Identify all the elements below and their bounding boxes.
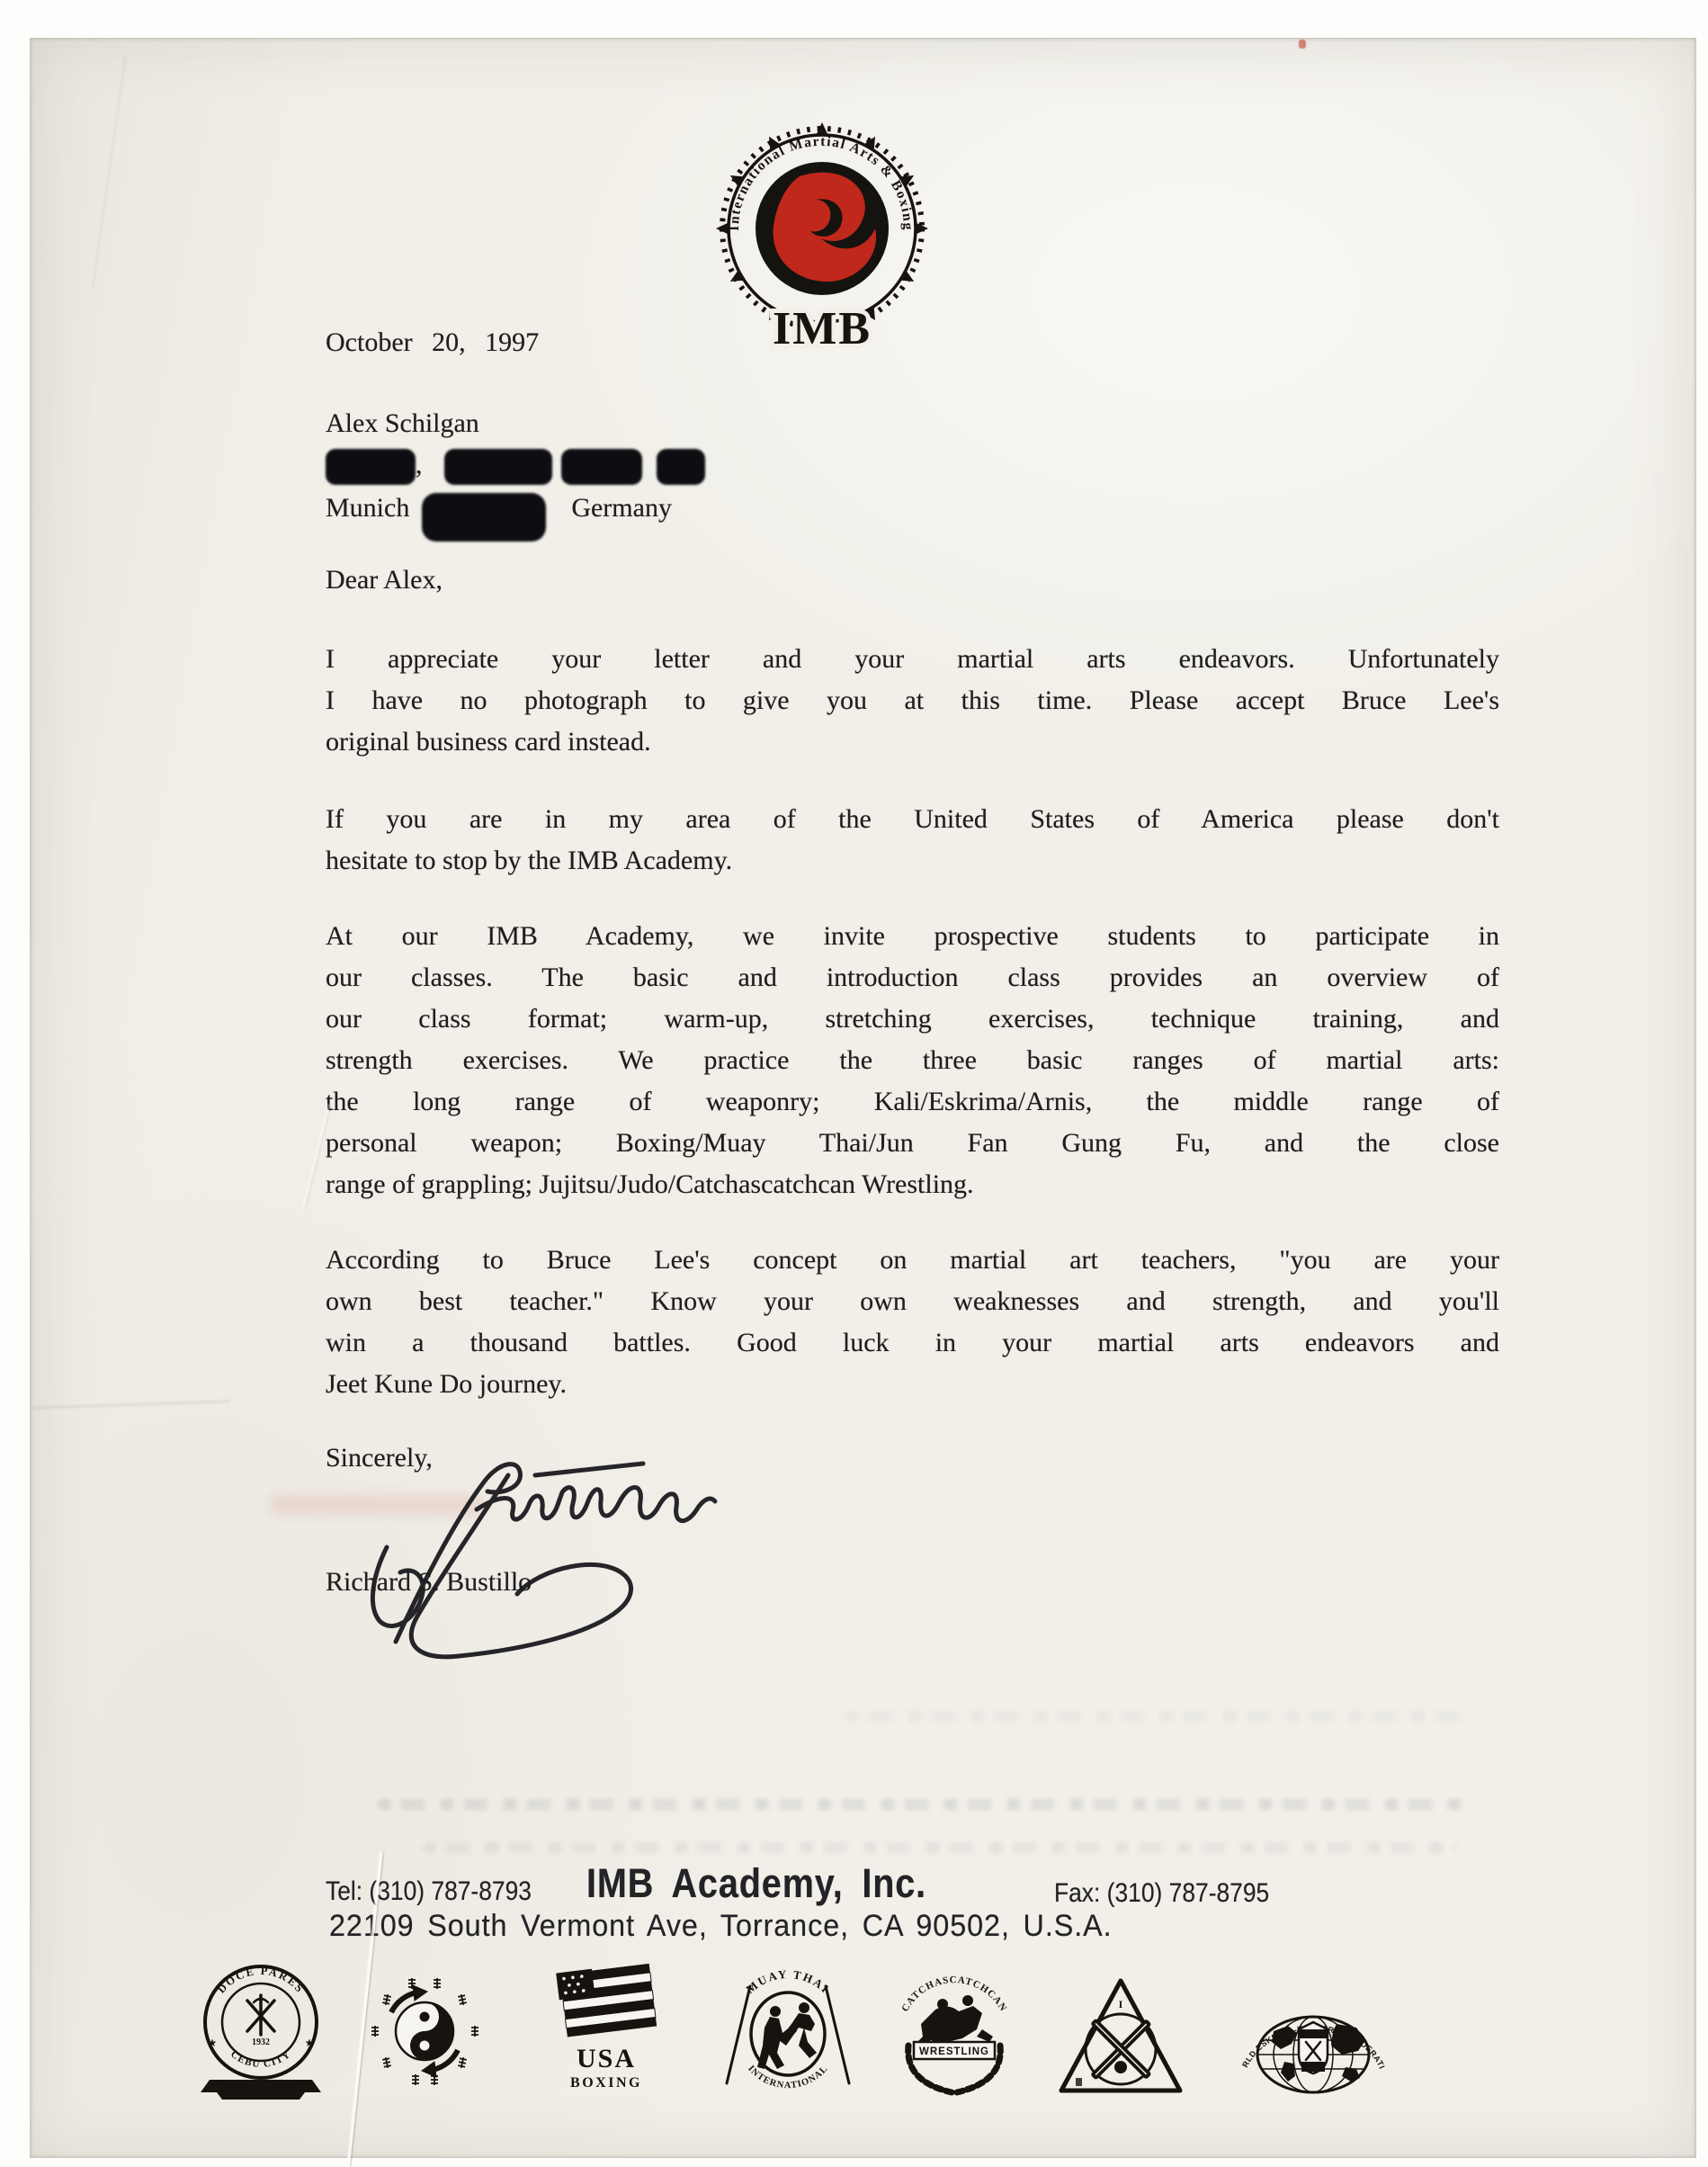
- muay-thai-arc-bottom: INTERNATIONAL: [746, 2064, 830, 2091]
- letter-line: At our IMB Academy, we invite prospectiv…: [326, 916, 1499, 957]
- footer-company-name: IMB Academy, Inc.: [586, 1860, 926, 1907]
- letter-line: original business card instead.: [326, 721, 1499, 763]
- eskrima-triangle-logo: I: [1052, 1974, 1189, 2100]
- signer-name: Richard S. Bustillo: [326, 1562, 532, 1603]
- letter-line: personal weapon; Boxing/Muay Thai/Jun Fa…: [326, 1123, 1499, 1164]
- recipient-name: Alex Schilgan: [326, 403, 705, 444]
- triangle-mark: I: [1119, 1998, 1123, 2010]
- wekaf-logo: WORLD ESKRIMA-KALI-ARNIS FEDERATION WEKA…: [1221, 1975, 1405, 2109]
- letter-line: hesitate to stop by the IMB Academy.: [326, 840, 1499, 882]
- doce-pares-year: 1932: [252, 2037, 270, 2047]
- paragraph-4: According to Bruce Lee's concept on mart…: [326, 1240, 1499, 1405]
- waving-flag-icon: [556, 1962, 657, 2037]
- banner-icon: PHILLIPINES: [201, 2080, 321, 2100]
- wekaf-shield-text: WEKAF: [1301, 2032, 1325, 2038]
- signature-icon: [333, 1439, 782, 1673]
- bleed-through-text: [423, 1842, 1457, 1854]
- doce-pares-arc-bottom: CEBU CITY: [228, 2049, 293, 2070]
- letter-line: the long range of weaponry; Kali/Eskrima…: [326, 1081, 1499, 1123]
- wekaf-shield-icon: WEKAF USA: [1299, 2022, 1328, 2073]
- paragraph-3: At our IMB Academy, we invite prospectiv…: [326, 916, 1499, 1205]
- address-comma: ,: [416, 450, 423, 479]
- yin-yang-icon: [396, 2002, 453, 2060]
- redaction-mark: [422, 493, 546, 542]
- usa-boxing-boxing: BOXING: [570, 2075, 642, 2091]
- letter-line: own best teacher." Know your own weaknes…: [326, 1281, 1499, 1322]
- paragraph-1: I appreciate your letter and your martia…: [326, 639, 1499, 763]
- muay-thai-logo: MUAY THAI INTERNATIONAL: [711, 1961, 865, 2107]
- banner-icon: WRESTLING: [914, 2042, 995, 2059]
- doce-pares-star-right: ★: [305, 2037, 315, 2049]
- bleed-through-text: [378, 1799, 1466, 1811]
- paragraph-2: If you are in my area of the United Stat…: [326, 799, 1499, 882]
- yin-yang-logo: [366, 1970, 485, 2091]
- red-speck: [1299, 40, 1306, 49]
- svg-text:DOCE PARES: DOCE PARES: [215, 1965, 307, 1996]
- wrestling-banner: WRESTLING: [919, 2046, 989, 2057]
- redaction-mark: [657, 449, 705, 485]
- doce-pares-star-left: ★: [208, 2037, 218, 2049]
- crossed-sticks-icon: [247, 1995, 274, 2035]
- letter-line: Jeet Kune Do journey.: [326, 1364, 1499, 1405]
- crossed-blades-icon: [1090, 2018, 1152, 2080]
- footer-fax: Fax: (310) 787-8795: [1054, 1878, 1269, 1909]
- wekaf-country: USA: [1305, 2063, 1321, 2072]
- redaction-mark: [326, 449, 416, 485]
- doce-pares-banner: PHILLIPINES: [227, 2084, 295, 2095]
- letter-line: I have no photograph to give you at this…: [326, 680, 1499, 721]
- svg-text:INTERNATIONAL: INTERNATIONAL: [746, 2064, 830, 2091]
- redaction-mark: [561, 449, 642, 485]
- usa-boxing-logo: USA BOXING: [541, 1957, 685, 2105]
- letter-date: October 20, 1997: [326, 322, 539, 363]
- wrestling-arc-top: CATCHASCATCHCAN: [899, 1974, 1008, 2013]
- footer-address: 22109 South Vermont Ave, Torrance, CA 90…: [329, 1909, 1113, 1944]
- doce-pares-arc-top: DOCE PARES: [215, 1965, 307, 1996]
- wrestling-logo: CATCHASCATCHCAN WRESTLING: [881, 1970, 1027, 2107]
- letter-line: If you are in my area of the United Stat…: [326, 799, 1499, 840]
- bleed-through-text: [845, 1711, 1475, 1723]
- redaction-mark: [444, 449, 552, 485]
- recipient-address-block: Alex Schilgan , MunichGermany: [326, 403, 705, 534]
- letter-line: our classes. The basic and introduction …: [326, 957, 1499, 998]
- imb-monogram: IMB: [773, 303, 872, 354]
- recipient-country: Germany: [571, 493, 672, 523]
- footer-tel: Tel: (310) 787-8793: [326, 1876, 532, 1907]
- recipient-city-line: MunichGermany: [326, 486, 705, 534]
- wrestlers-icon: [917, 1995, 993, 2046]
- letter-line: win a thousand battles. Good luck in you…: [326, 1322, 1499, 1364]
- usa-boxing-usa: USA: [577, 2044, 636, 2073]
- svg-text:CATCHASCATCHCAN: CATCHASCATCHCAN: [899, 1974, 1008, 2013]
- letter-line: According to Bruce Lee's concept on mart…: [326, 1240, 1499, 1281]
- letter-line: range of grappling; Jujitsu/Judo/Catchas…: [326, 1164, 1499, 1205]
- scanned-letter-page: { "letterhead": { "ring_text": "Internat…: [0, 0, 1708, 2167]
- recipient-redacted-line: ,: [326, 444, 705, 486]
- doce-pares-logo: DOCE PARES ★ ★ 1932 CEBU CITY PHILLIPINE…: [184, 1957, 337, 2109]
- fighters-icon: [757, 2002, 817, 2069]
- letter-line: our class format; warm-up, stretching ex…: [326, 998, 1499, 1040]
- salutation: Dear Alex,: [326, 560, 443, 601]
- letter-line: I appreciate your letter and your martia…: [326, 639, 1499, 680]
- svg-text:CEBU CITY: CEBU CITY: [228, 2049, 293, 2070]
- imb-letterhead-logo: International Martial Arts & Boxing IMB: [709, 121, 935, 356]
- letter-line: strength exercises. We practice the thre…: [326, 1040, 1499, 1081]
- recipient-city: Munich: [326, 493, 409, 523]
